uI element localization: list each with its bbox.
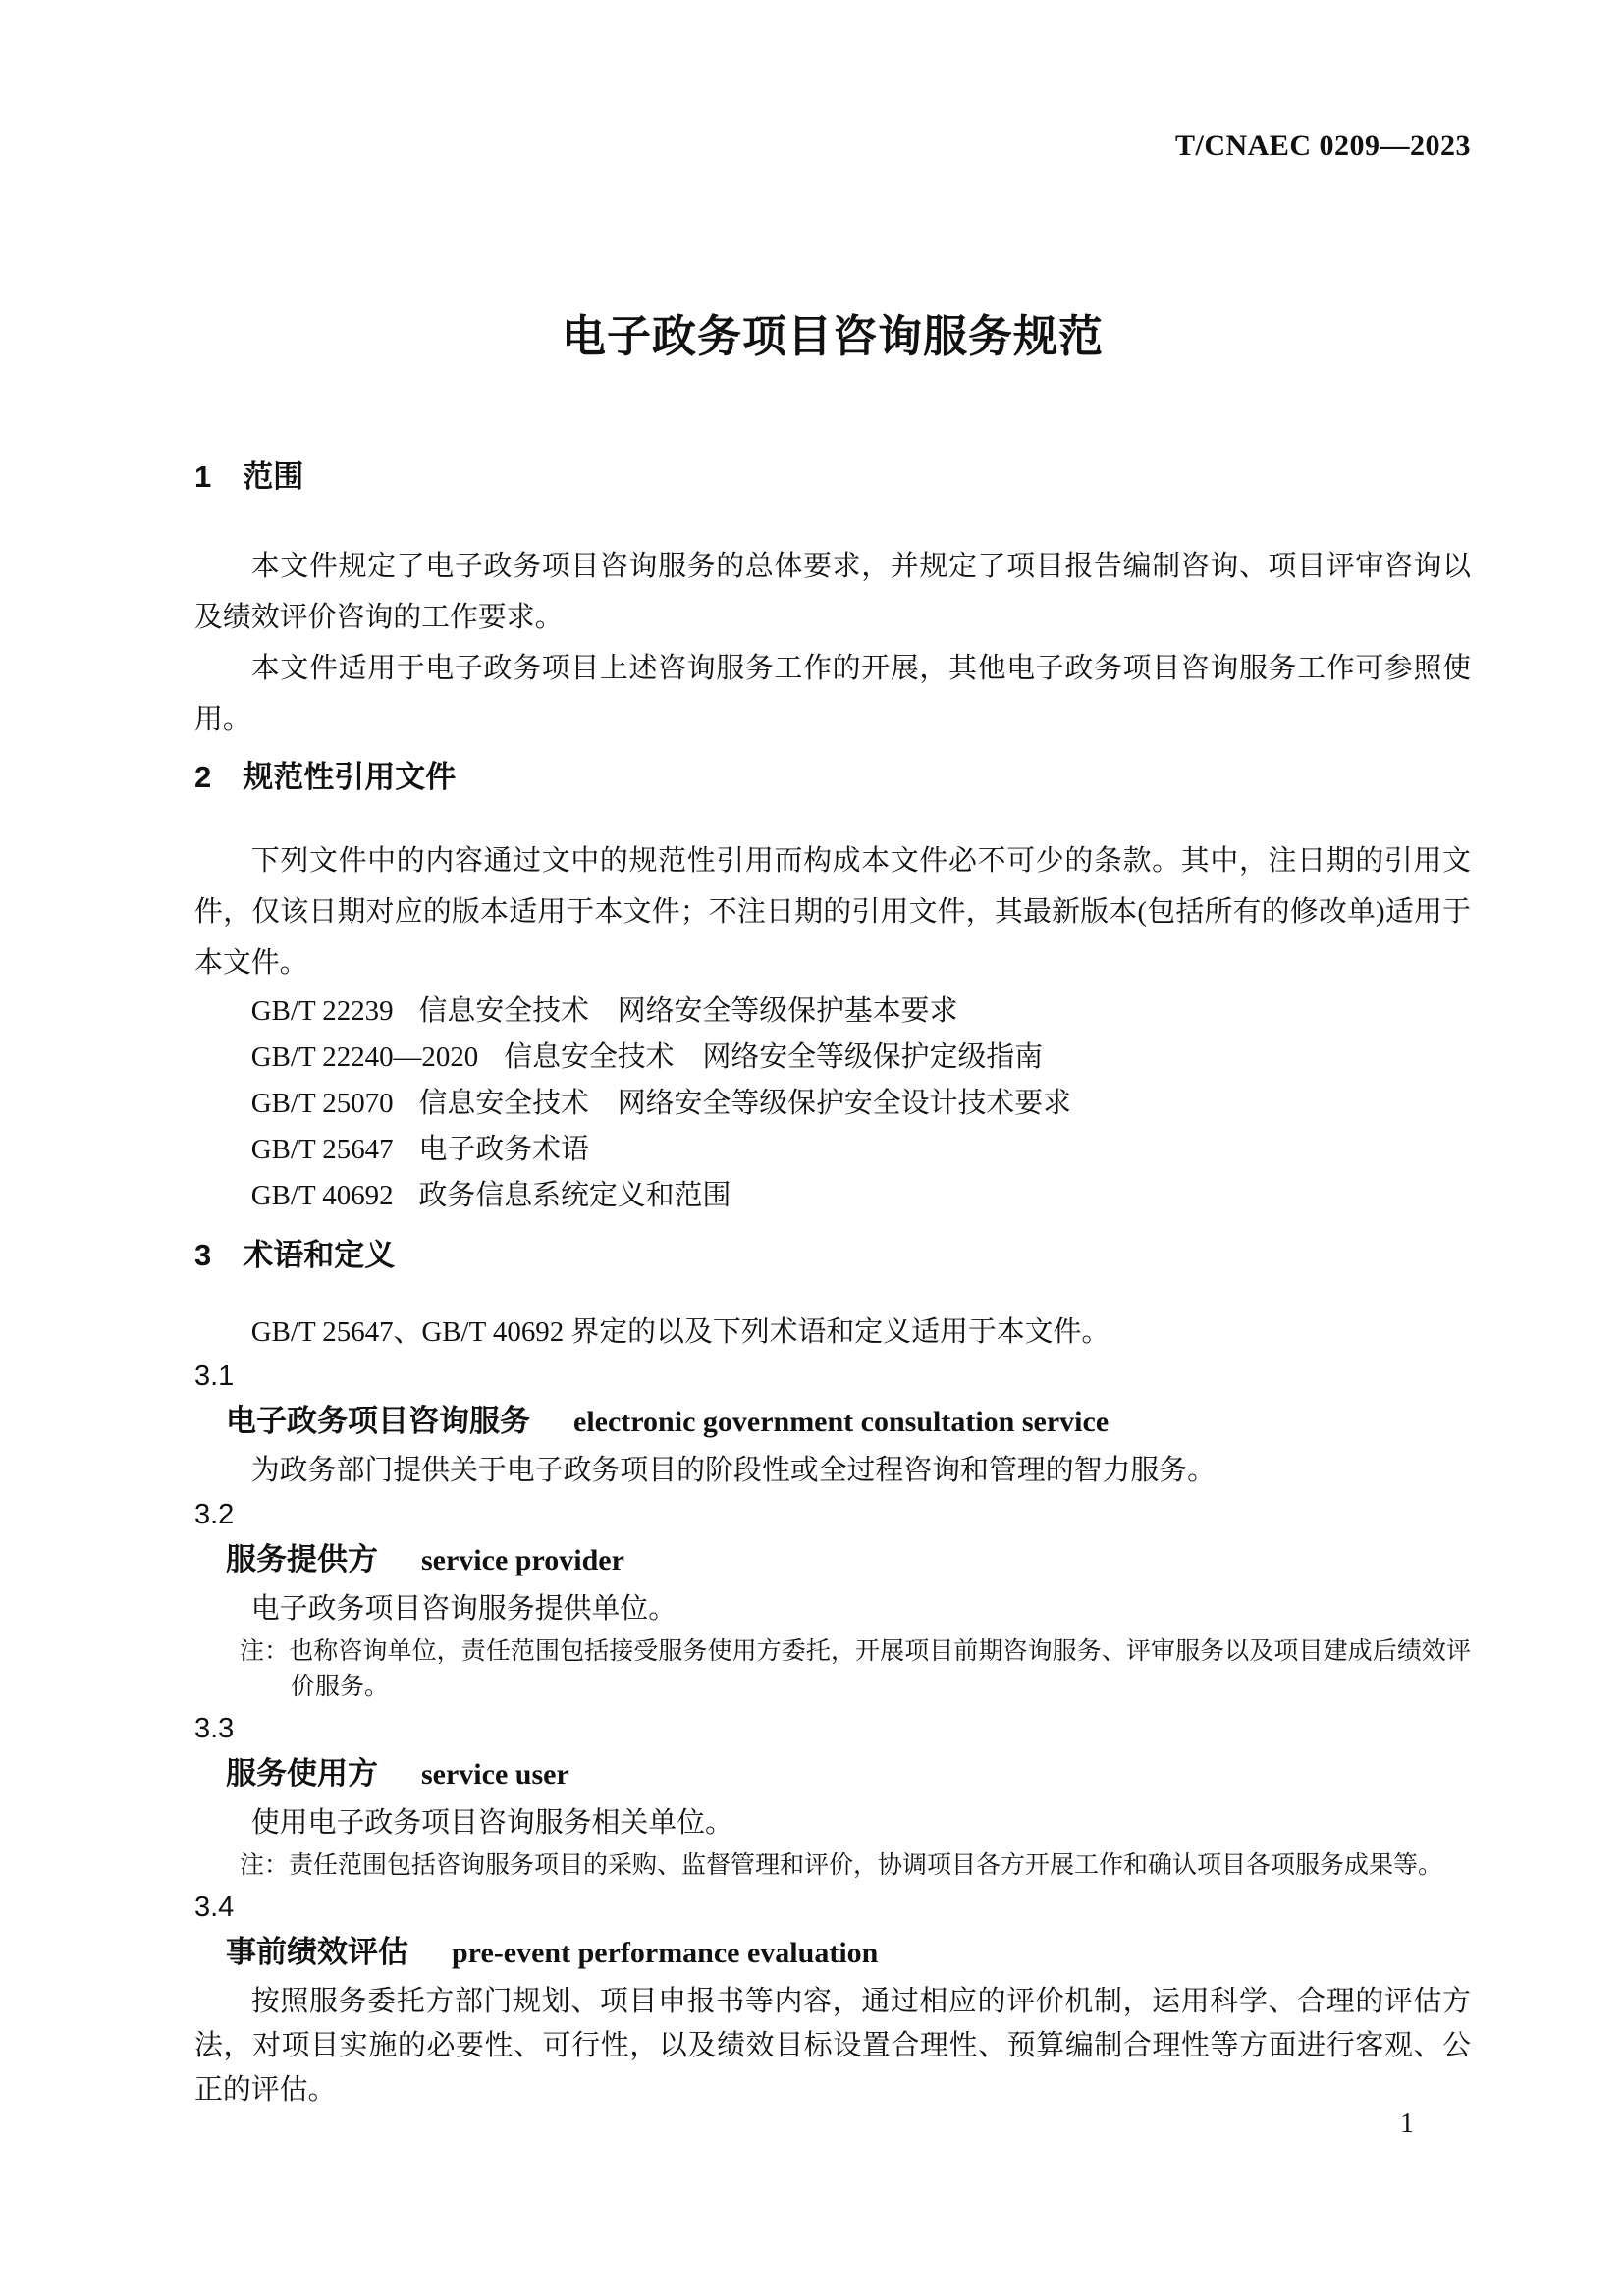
reference-item: GB/T 22239信息安全技术 网络安全等级保护基本要求 (194, 988, 1471, 1035)
term-number: 3.4 (194, 1886, 1471, 1930)
term-number: 3.1 (194, 1355, 1471, 1399)
reference-title: 信息安全技术 网络安全等级保护基本要求 (419, 995, 958, 1027)
note-text: 也称咨询单位，责任范围包括接受服务使用方委托，开展项目前期咨询服务、评审服务以及… (289, 1638, 1471, 1700)
standard-code: T/CNAEC 0209—2023 (1175, 130, 1471, 162)
reference-code: GB/T 22240—2020 (251, 1041, 478, 1073)
term-line: 事前绩效评估pre-event performance evaluation (194, 1930, 1471, 1980)
section-3-heading: 3术语和定义 (194, 1237, 1471, 1274)
section-3-title: 术语和定义 (243, 1238, 395, 1272)
reference-code: GB/T 40692 (251, 1180, 394, 1211)
reference-code: GB/T 25070 (251, 1088, 394, 1119)
term-en: electronic government consultation servi… (573, 1406, 1109, 1438)
section-3-number: 3 (194, 1238, 211, 1272)
term-en: service user (421, 1758, 569, 1790)
reference-title: 电子政务术语 (419, 1134, 589, 1165)
term-entry-3-4: 3.4 事前绩效评估pre-event performance evaluati… (194, 1886, 1471, 2112)
term-zh: 服务提供方 (226, 1542, 378, 1576)
term-en: service provider (421, 1544, 624, 1576)
references-list: GB/T 22239信息安全技术 网络安全等级保护基本要求 GB/T 22240… (194, 988, 1471, 1219)
term-note: 注：责任范围包括咨询服务项目的采购、监督管理和评价，协调项目各方开展工作和确认项… (240, 1847, 1471, 1884)
scope-paragraph-2: 本文件适用于电子政务项目上述咨询服务工作的开展，其他电子政务项目咨询服务工作可参… (194, 643, 1471, 745)
note-text: 责任范围包括咨询服务项目的采购、监督管理和评价，协调项目各方开展工作和确认项目各… (289, 1852, 1442, 1879)
term-entry-3-1: 3.1 电子政务项目咨询服务electronic government cons… (194, 1355, 1471, 1493)
terms-intro-paragraph: GB/T 25647、GB/T 40692 界定的以及下列术语和定义适用于本文件… (194, 1309, 1471, 1355)
document-page: T/CNAEC 0209—2023 电子政务项目咨询服务规范 1范围 本文件规定… (0, 0, 1624, 2296)
term-entry-3-3: 3.3 服务使用方service user 使用电子政务项目咨询服务相关单位。 … (194, 1707, 1471, 1884)
scope-paragraph-1: 本文件规定了电子政务项目咨询服务的总体要求，并规定了项目报告编制咨询、项目评审咨… (194, 541, 1471, 643)
term-definition: 按照服务委托方部门规划、项目申报书等内容，通过相应的评价机制，运用科学、合理的评… (194, 1980, 1471, 2112)
term-definition: 为政务部门提供关于电子政务项目的阶段性或全过程咨询和管理的智力服务。 (194, 1449, 1471, 1493)
reference-item: GB/T 22240—2020信息安全技术 网络安全等级保护定级指南 (194, 1035, 1471, 1081)
section-1-number: 1 (194, 459, 211, 494)
term-definition: 使用电子政务项目咨询服务相关单位。 (194, 1801, 1471, 1845)
term-zh: 电子政务项目咨询服务 (226, 1404, 530, 1438)
reference-item: GB/T 25070信息安全技术 网络安全等级保护安全设计技术要求 (194, 1081, 1471, 1127)
page-number: 1 (1400, 2109, 1414, 2140)
term-line: 服务提供方service provider (194, 1537, 1471, 1587)
term-zh: 事前绩效评估 (226, 1935, 408, 1969)
note-label: 注： (240, 1851, 289, 1879)
term-entry-3-2: 3.2 服务提供方service provider 电子政务项目咨询服务提供单位… (194, 1493, 1471, 1705)
term-line: 服务使用方service user (194, 1751, 1471, 1801)
reference-code: GB/T 25647 (251, 1134, 394, 1165)
reference-title: 信息安全技术 网络安全等级保护定级指南 (504, 1041, 1043, 1073)
section-2-title: 规范性引用文件 (243, 760, 456, 794)
note-label: 注： (240, 1637, 289, 1665)
section-1-title: 范围 (243, 459, 303, 494)
reference-item: GB/T 40692政务信息系统定义和范围 (194, 1173, 1471, 1219)
term-note: 注：也称咨询单位，责任范围包括接受服务使用方委托，开展项目前期咨询服务、评审服务… (240, 1633, 1471, 1705)
document-header: T/CNAEC 0209—2023 (194, 131, 1471, 162)
document-title: 电子政务项目咨询服务规范 (194, 309, 1471, 364)
term-number: 3.2 (194, 1493, 1471, 1537)
section-2-number: 2 (194, 760, 211, 794)
reference-title: 政务信息系统定义和范围 (419, 1180, 731, 1211)
reference-code: GB/T 22239 (251, 995, 394, 1027)
term-en: pre-event performance evaluation (452, 1937, 878, 1969)
section-2-heading: 2规范性引用文件 (194, 759, 1471, 796)
term-zh: 服务使用方 (226, 1756, 378, 1790)
term-line: 电子政务项目咨询服务electronic government consulta… (194, 1399, 1471, 1449)
reference-title: 信息安全技术 网络安全等级保护安全设计技术要求 (419, 1088, 1071, 1119)
references-intro-paragraph: 下列文件中的内容通过文中的规范性引用而构成本文件必不可少的条款。其中，注日期的引… (194, 835, 1471, 988)
reference-item: GB/T 25647电子政务术语 (194, 1127, 1471, 1173)
term-definition: 电子政务项目咨询服务提供单位。 (194, 1587, 1471, 1631)
term-number: 3.3 (194, 1707, 1471, 1751)
section-1-heading: 1范围 (194, 458, 1471, 496)
